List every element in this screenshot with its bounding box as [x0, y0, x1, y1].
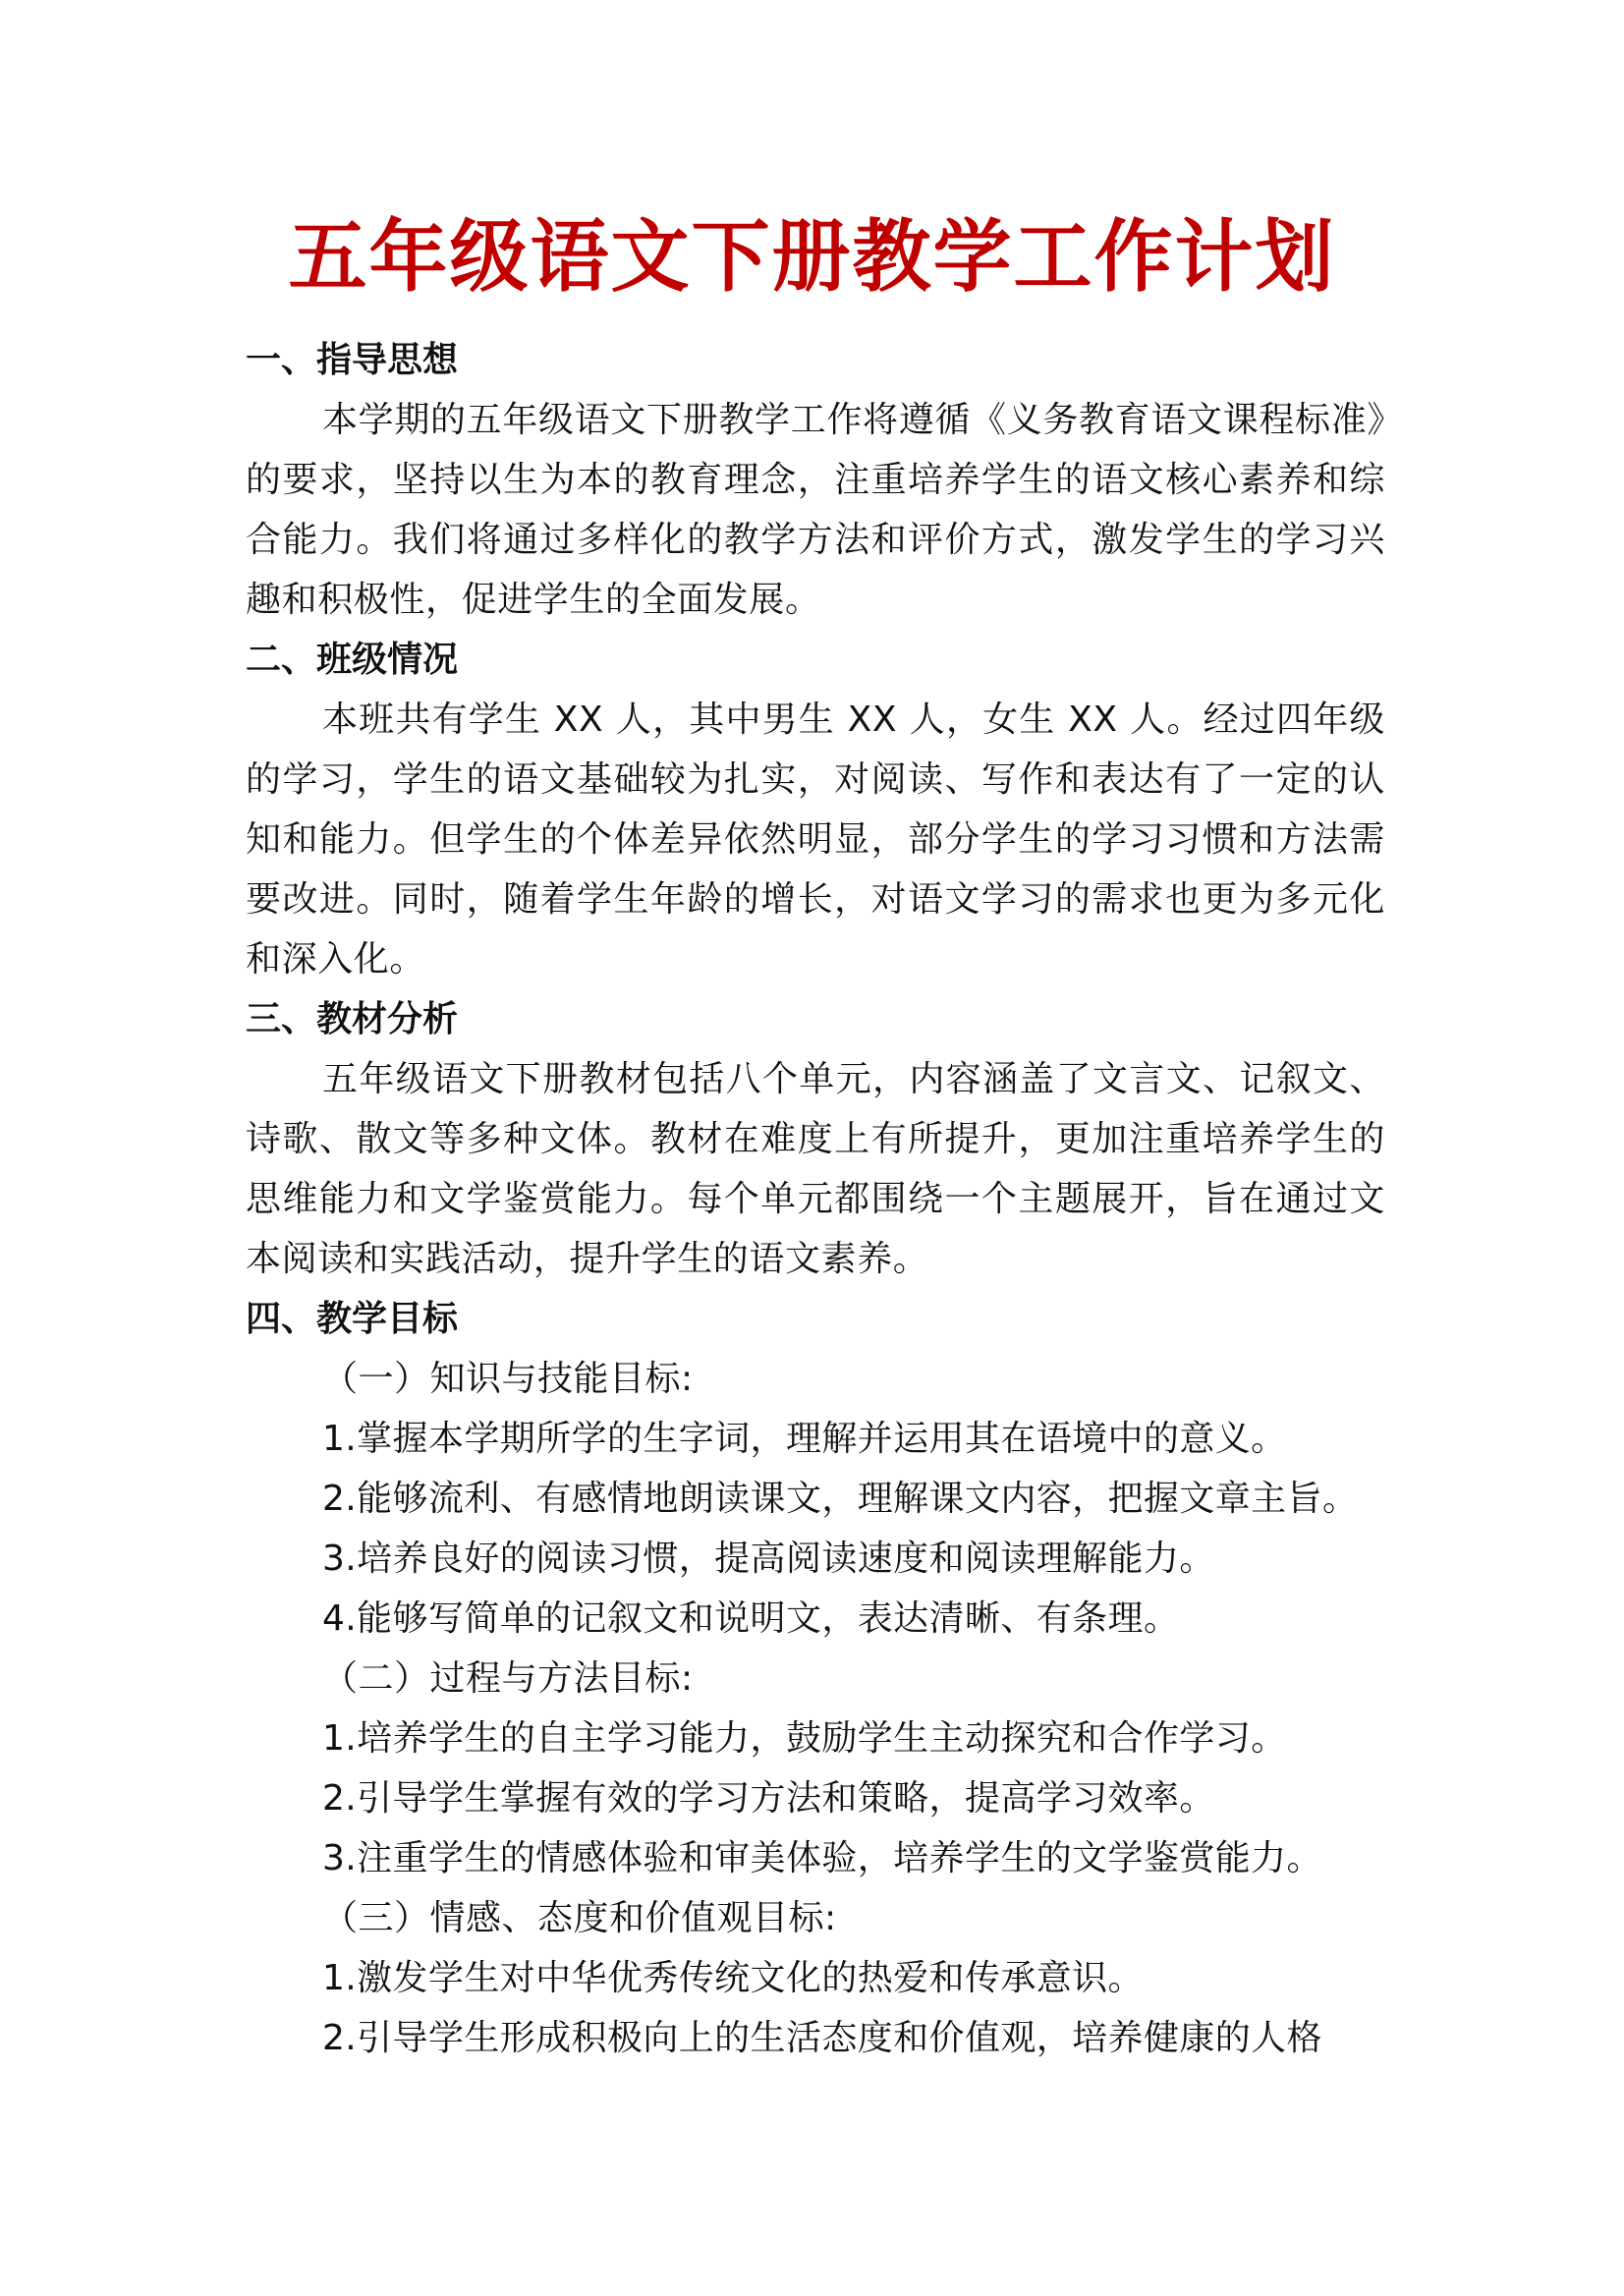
subsection-emotion-values: （三）情感、态度和价值观目标: 1.激发学生对中华优秀传统文化的热爱和传承意识。… — [246, 1888, 1385, 2068]
section-paragraph: 本班共有学生 XX 人，其中男生 XX 人，女生 XX 人。经过四年级的学习，学… — [246, 690, 1385, 989]
section-heading: 四、教学目标 — [246, 1289, 1385, 1349]
list-item: 3.注重学生的情感体验和审美体验，培养学生的文学鉴赏能力。 — [246, 1828, 1385, 1888]
list-item: 3.培养良好的阅读习惯，提高阅读速度和阅读理解能力。 — [246, 1529, 1385, 1589]
subsection-knowledge-skills: （一）知识与技能目标: 1.掌握本学期所学的生字词，理解并运用其在语境中的意义。… — [246, 1349, 1385, 1649]
section-paragraph: 五年级语文下册教材包括八个单元，内容涵盖了文言文、记叙文、诗歌、散文等多种文体。… — [246, 1049, 1385, 1289]
document-body: 一、指导思想 本学期的五年级语文下册教学工作将遵循《义务教育语文课程标准》的要求… — [246, 330, 1385, 2068]
document-page: 五年级语文下册教学工作计划 一、指导思想 本学期的五年级语文下册教学工作将遵循《… — [0, 0, 1624, 2296]
section-heading: 二、班级情况 — [246, 630, 1385, 690]
list-item: 2.能够流利、有感情地朗读课文，理解课文内容，把握文章主旨。 — [246, 1469, 1385, 1529]
list-item: 2.引导学生形成积极向上的生活态度和价值观，培养健康的人格 — [246, 2008, 1385, 2068]
section-paragraph: 本学期的五年级语文下册教学工作将遵循《义务教育语文课程标准》的要求，坚持以生为本… — [246, 390, 1385, 630]
list-item: 1.培养学生的自主学习能力，鼓励学生主动探究和合作学习。 — [246, 1708, 1385, 1768]
list-item: 4.能够写简单的记叙文和说明文，表达清晰、有条理。 — [246, 1589, 1385, 1649]
subsection-heading: （三）情感、态度和价值观目标: — [246, 1888, 1385, 1948]
section-class-situation: 二、班级情况 本班共有学生 XX 人，其中男生 XX 人，女生 XX 人。经过四… — [246, 630, 1385, 989]
subsection-heading: （一）知识与技能目标: — [246, 1349, 1385, 1409]
subsection-process-methods: （二）过程与方法目标: 1.培养学生的自主学习能力，鼓励学生主动探究和合作学习。… — [246, 1649, 1385, 1888]
section-textbook-analysis: 三、教材分析 五年级语文下册教材包括八个单元，内容涵盖了文言文、记叙文、诗歌、散… — [246, 989, 1385, 1289]
list-item: 2.引导学生掌握有效的学习方法和策略，提高学习效率。 — [246, 1768, 1385, 1828]
section-teaching-goals: 四、教学目标 （一）知识与技能目标: 1.掌握本学期所学的生字词，理解并运用其在… — [246, 1289, 1385, 2068]
section-heading: 三、教材分析 — [246, 989, 1385, 1049]
list-item: 1.掌握本学期所学的生字词，理解并运用其在语境中的意义。 — [246, 1409, 1385, 1469]
section-heading: 一、指导思想 — [246, 330, 1385, 390]
document-title: 五年级语文下册教学工作计划 — [0, 208, 1624, 307]
subsection-heading: （二）过程与方法目标: — [246, 1649, 1385, 1708]
list-item: 1.激发学生对中华优秀传统文化的热爱和传承意识。 — [246, 1948, 1385, 2008]
section-guiding-ideology: 一、指导思想 本学期的五年级语文下册教学工作将遵循《义务教育语文课程标准》的要求… — [246, 330, 1385, 630]
